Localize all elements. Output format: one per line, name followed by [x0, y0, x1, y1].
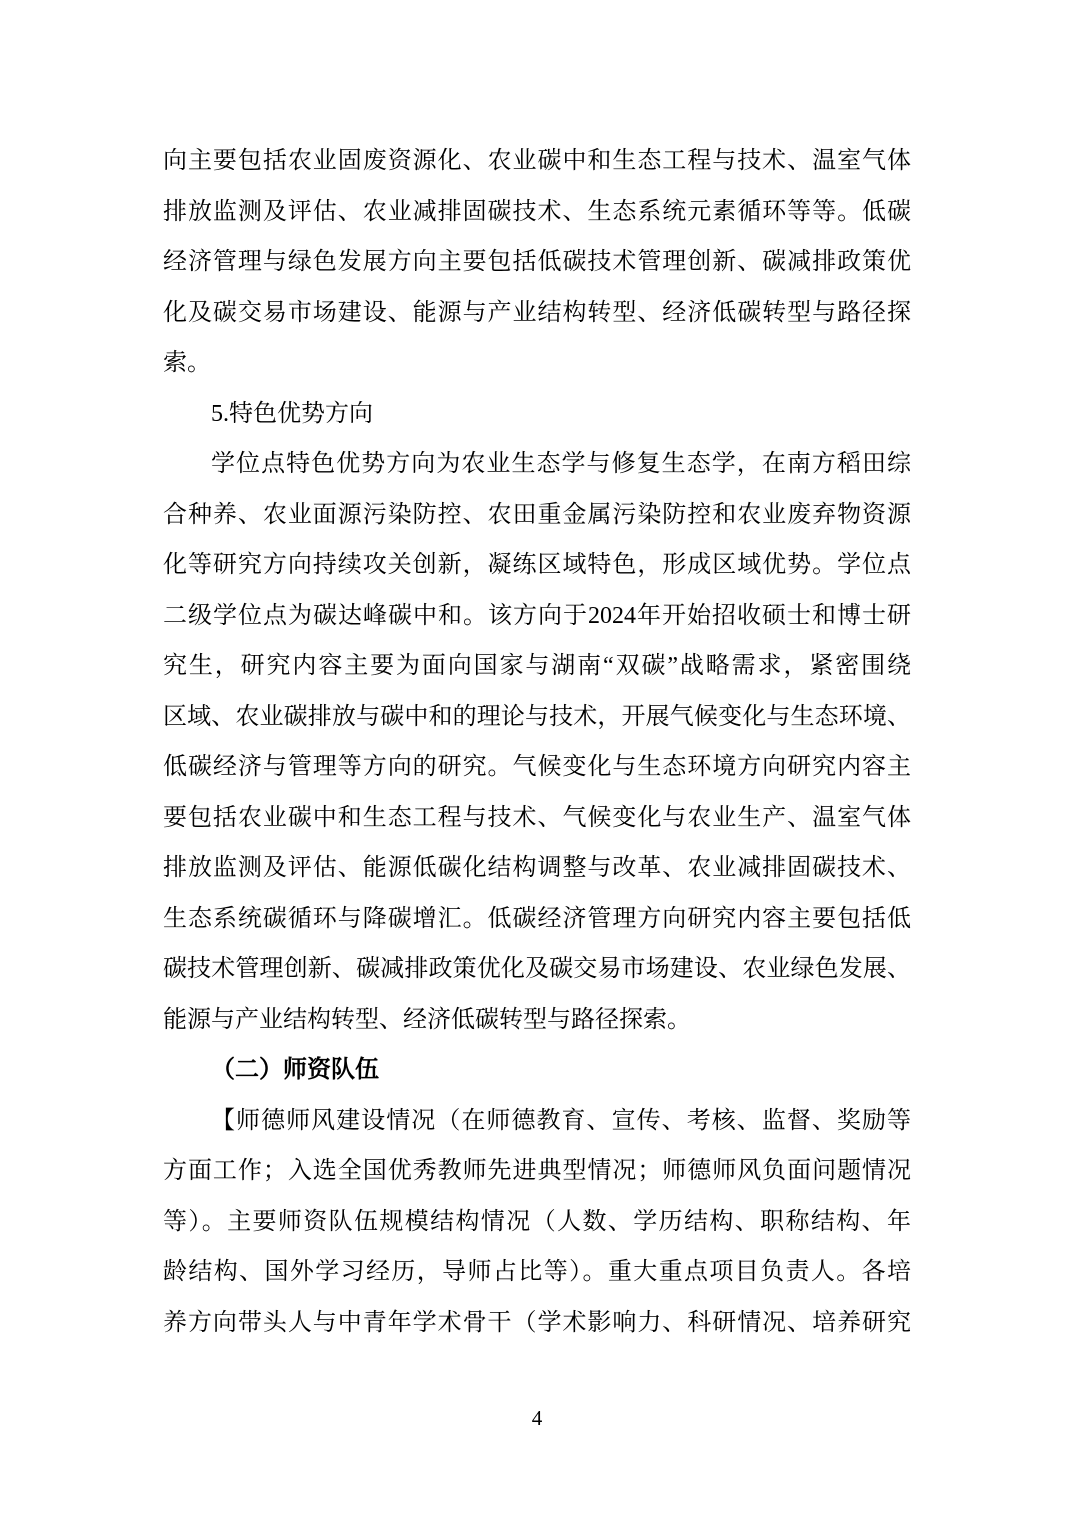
text-line: 生态系统碳循环与降碳增汇。低碳经济管理方向研究内容主要包括低: [163, 894, 911, 945]
text-line: 要包括农业碳中和生态工程与技术、气候变化与农业生产、温室气体: [163, 793, 911, 844]
text-line: 化等研究方向持续攻关创新，凝练区域特色，形成区域优势。学位点: [163, 540, 911, 591]
numbered-heading-feature-directions: 5.特色优势方向: [163, 389, 911, 440]
text-line: 排放监测及评估、农业减排固碳技术、生态系统元素循环等等。低碳: [163, 187, 911, 238]
text-line: 区域、农业碳排放与碳中和的理论与技术，开展气候变化与生态环境、: [163, 692, 911, 743]
text-line: 学位点特色优势方向为农业生态学与修复生态学，在南方稻田综: [163, 439, 911, 490]
text-line: 方面工作；入选全国优秀教师先进典型情况；师德师风负面问题情况: [163, 1146, 911, 1197]
text-line: 究生，研究内容主要为面向国家与湖南“双碳”战略需求，紧密围绕: [163, 641, 911, 692]
document-page: 向主要包括农业固废资源化、农业碳中和生态工程与技术、温室气体 排放监测及评估、农…: [0, 0, 1074, 1520]
document-body: 向主要包括农业固废资源化、农业碳中和生态工程与技术、温室气体 排放监测及评估、农…: [163, 136, 911, 1348]
text-line: 低碳经济与管理等方向的研究。气候变化与生态环境方向研究内容主: [163, 742, 911, 793]
text-line: 排放监测及评估、能源低碳化结构调整与改革、农业减排固碳技术、: [163, 843, 911, 894]
text-line: 二级学位点为碳达峰碳中和。该方向于2024年开始招收硕士和博士研: [163, 591, 911, 642]
text-line: 龄结构、国外学习经历，导师占比等）。重大重点项目负责人。各培: [163, 1247, 911, 1298]
text-line: 养方向带头人与中青年学术骨干（学术影响力、科研情况、培养研究: [163, 1298, 911, 1349]
text-line: 合种养、农业面源污染防控、农田重金属污染防控和农业废弃物资源: [163, 490, 911, 541]
text-line: 【师德师风建设情况（在师德教育、宣传、考核、监督、奖励等: [163, 1096, 911, 1147]
text-line: 能源与产业结构转型、经济低碳转型与路径探索。: [163, 995, 911, 1046]
text-line: 向主要包括农业固废资源化、农业碳中和生态工程与技术、温室气体: [163, 136, 911, 187]
text-line: 经济管理与绿色发展方向主要包括低碳技术管理创新、碳减排政策优: [163, 237, 911, 288]
text-line: 等）。主要师资队伍规模结构情况（人数、学历结构、职称结构、年: [163, 1197, 911, 1248]
section-heading-faculty-team: （二）师资队伍: [163, 1045, 911, 1096]
text-line: 化及碳交易市场建设、能源与产业结构转型、经济低碳转型与路径探: [163, 288, 911, 339]
text-line: 索。: [163, 338, 911, 389]
page-number: 4: [0, 1404, 1074, 1432]
text-line: 碳技术管理创新、碳减排政策优化及碳交易市场建设、农业绿色发展、: [163, 944, 911, 995]
